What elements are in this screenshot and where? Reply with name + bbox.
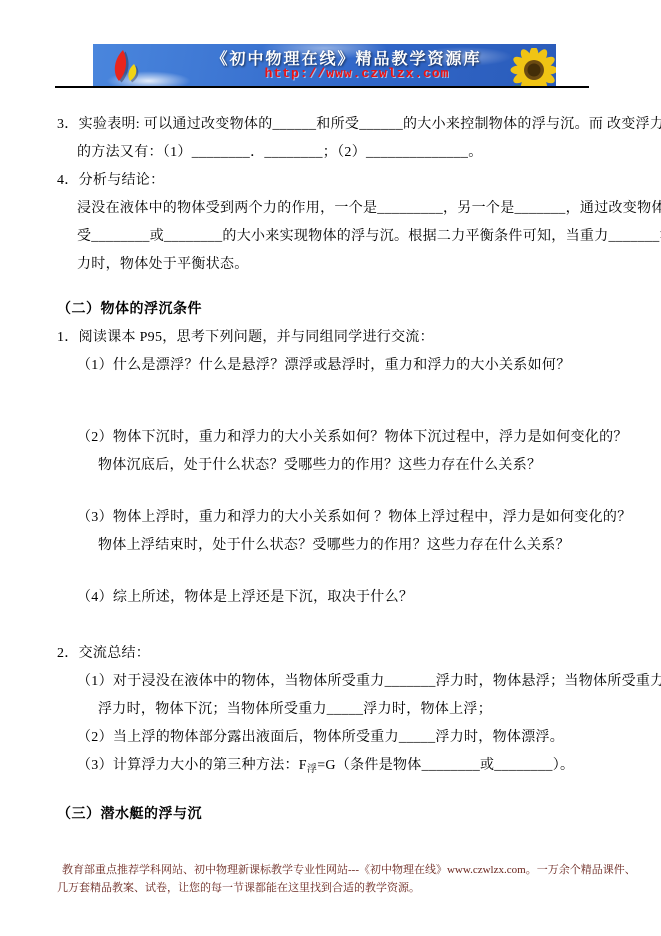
subquestion-3-line-2: 物体上浮结束时，处于什么状态？受哪些力的作用？这些力存在什么关系？ — [57, 532, 617, 560]
footer-line-2: 几万套精品教案、试卷，让您的每一节课都能在这里找到合适的教学资源。 — [33, 879, 633, 897]
header-banner: 《初中物理在线》精品教学资源库 http://www.czwlzx.com — [93, 44, 556, 86]
formula-subscript: 浮 — [307, 764, 317, 775]
section-3-title: （三）潜水艇的浮与沉 — [57, 801, 617, 829]
section-2-item-1: 1．阅读课本 P95，思考下列问题，并与同组同学进行交流： — [57, 324, 617, 352]
worksheet-body: 3．实验表明: 可以通过改变物体的______和所受______的大小来控制物体… — [57, 111, 617, 829]
item-4-line-2: 受________或________的大小来实现物体的浮与沉。根据二力平衡条件可… — [57, 223, 617, 251]
item-4-line-1: 浸没在液体中的物体受到两个力的作用，一个是_________，另一个是_____… — [57, 195, 617, 223]
flame-logo-icon — [101, 47, 143, 85]
footer-line-1: 教育部重点推荐学科网站、初中物理新课标教学专业性网站---《初中物理在线》www… — [33, 861, 633, 879]
page-footer: 教育部重点推荐学科网站、初中物理新课标教学专业性网站---《初中物理在线》www… — [33, 861, 633, 897]
subquestion-1: （1）什么是漂浮？什么是悬浮？漂浮或悬浮时，重力和浮力的大小关系如何？ — [57, 352, 617, 380]
subquestion-3-line-1: （3）物体上浮时，重力和浮力的大小关系如何 ？物体上浮过程中，浮力是如何变化的？ — [57, 504, 617, 532]
formula-prefix: （3）计算浮力大小的第三种方法：F — [77, 758, 307, 773]
header-rule — [55, 86, 589, 88]
formula-suffix: =G（条件是物体________或________）。 — [317, 758, 574, 773]
section-2-title: （二）物体的浮沉条件 — [57, 296, 617, 324]
sunflower-icon — [505, 48, 556, 86]
summary-1-line-1: （1）对于浸没在液体中的物体，当物体所受重力_______浮力时，物体悬浮；当物… — [57, 668, 617, 696]
banner-url: http://www.czwlzx.com — [213, 66, 501, 81]
subquestion-4: （4）综上所述，物体是上浮还是下沉，取决于什么？ — [57, 584, 617, 612]
summary-1-line-2: 浮力时，物体下沉；当物体所受重力_____浮力时，物体上浮； — [57, 696, 617, 724]
section-2-item-2: 2．交流总结： — [57, 640, 617, 668]
document-page: 《初中物理在线》精品教学资源库 http://www.czwlzx.com — [0, 0, 661, 936]
item-3-line-1: 3．实验表明: 可以通过改变物体的______和所受______的大小来控制物体… — [57, 111, 617, 139]
subquestion-2-line-1: （2）物体下沉时，重力和浮力的大小关系如何？物体下沉过程中，浮力是如何变化的？ — [57, 424, 617, 452]
item-4-line-3: 力时，物体处于平衡状态。 — [57, 251, 617, 279]
summary-3-formula: （3）计算浮力大小的第三种方法：F浮=G（条件是物体________或_____… — [57, 752, 617, 784]
item-4-heading: 4．分析与结论： — [57, 167, 617, 195]
subquestion-2-line-2: 物体沉底后，处于什么状态？受哪些力的作用？这些力存在什么关系？ — [57, 452, 617, 480]
item-3-line-2: 的方法又有：（1）________．________；（2）__________… — [57, 139, 617, 167]
summary-2: （2）当上浮的物体部分露出液面后，物体所受重力_____浮力时，物体漂浮。 — [57, 724, 617, 752]
